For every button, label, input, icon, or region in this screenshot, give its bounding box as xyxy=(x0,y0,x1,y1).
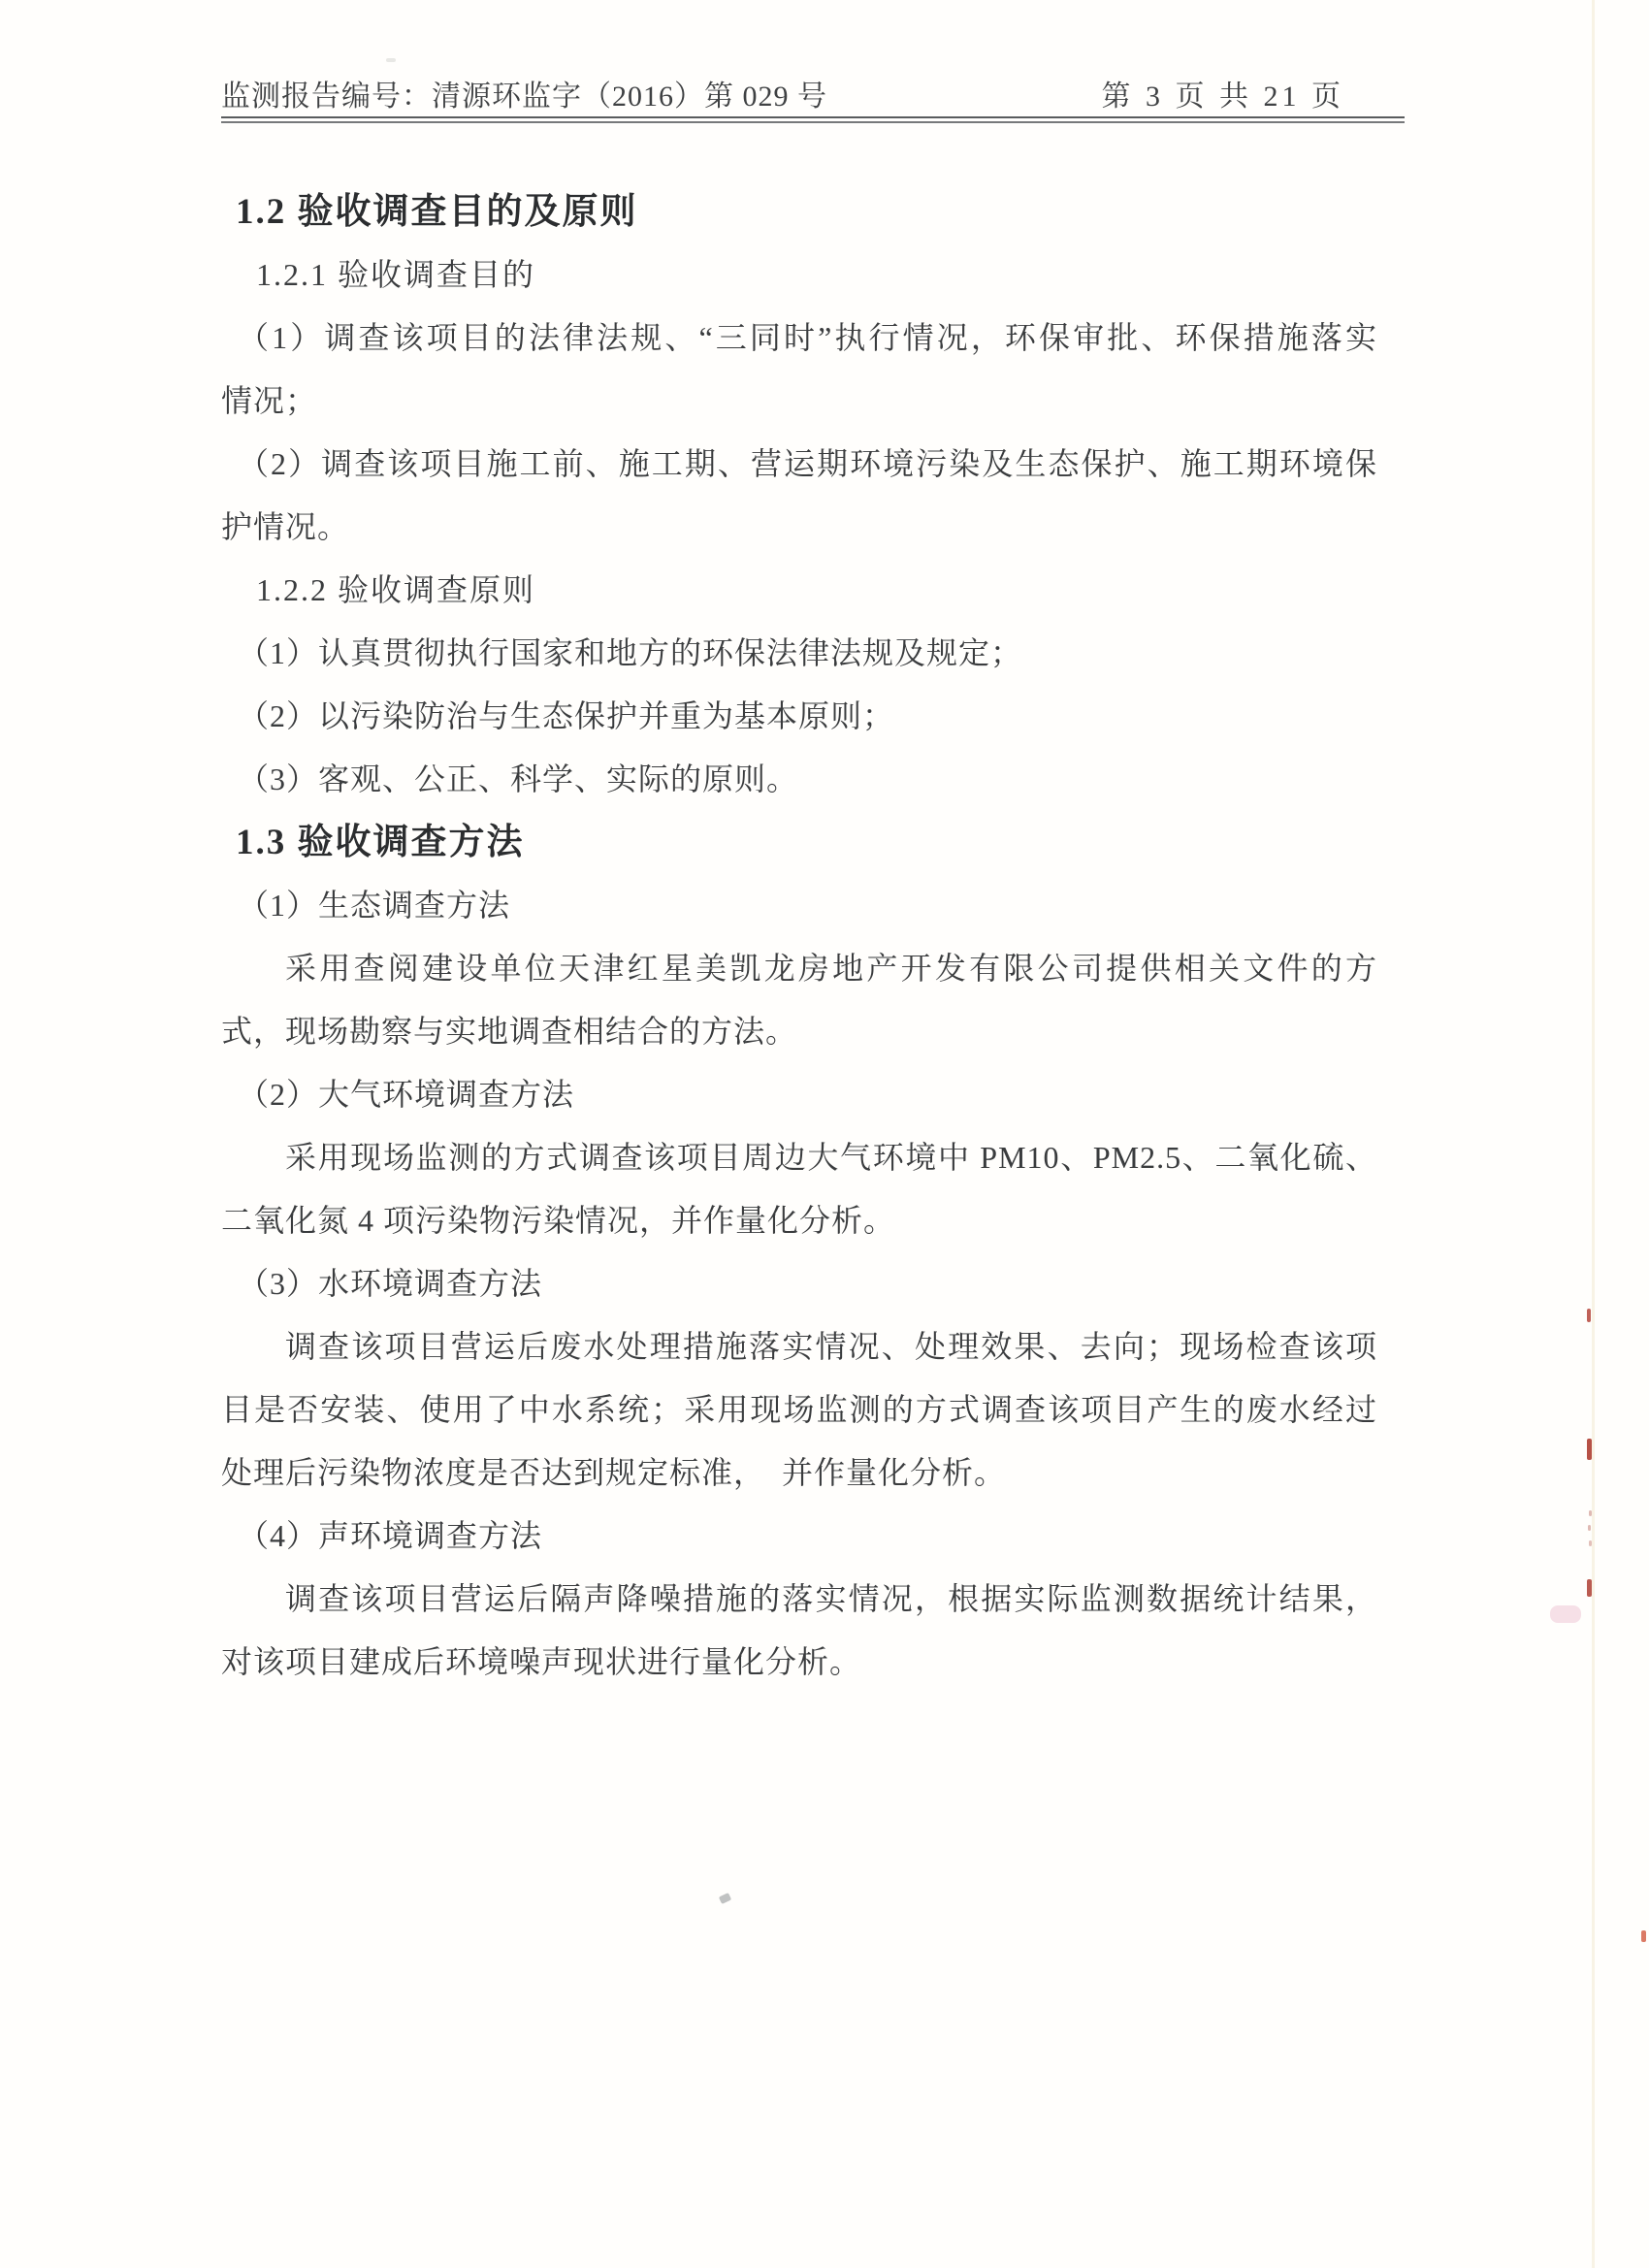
body-line: （2）大气环境调查方法 xyxy=(221,1063,1377,1126)
scan-artifact-dot xyxy=(1588,1525,1591,1531)
scan-artifact-mark xyxy=(1587,1439,1592,1460)
scan-edge-line xyxy=(1592,0,1595,2268)
scan-artifact-mark xyxy=(1641,1930,1646,1942)
document-body: 1.2 验收调查目的及原则1.2.1 验收调查目的（1）调查该项目的法律法规、“… xyxy=(221,180,1377,1694)
body-line: （2）以污染防治与生态保护并重为基本原则； xyxy=(221,685,1377,748)
body-line: 采用查阅建设单位天津红星美凯龙房地产开发有限公司提供相关文件的方 xyxy=(221,937,1377,1000)
scan-artifact-speck xyxy=(719,1893,731,1904)
body-line: 情况； xyxy=(221,370,1377,433)
body-line: 采用现场监测的方式调查该项目周边大气环境中 PM10、PM2.5、二氧化硫、 xyxy=(221,1126,1377,1189)
section-heading: 1.2 验收调查目的及原则 xyxy=(221,180,1377,243)
scan-artifact-speck xyxy=(386,58,396,62)
body-line: 护情况。 xyxy=(221,496,1377,559)
page-number: 第 3 页 共 21 页 xyxy=(1102,72,1345,114)
scan-artifact-dot xyxy=(1589,1510,1592,1516)
subsection-heading: 1.2.1 验收调查目的 xyxy=(221,243,1377,307)
body-line: （4）声环境调查方法 xyxy=(221,1505,1377,1568)
body-line: 调查该项目营运后隔声降噪措施的落实情况，根据实际监测数据统计结果， xyxy=(221,1568,1377,1631)
body-line: 目是否安装、使用了中水系统；采用现场监测的方式调查该项目产生的废水经过 xyxy=(221,1378,1377,1442)
report-number: 监测报告编号：清源环监字（2016）第 029 号 xyxy=(221,72,827,114)
header-divider xyxy=(221,116,1405,123)
scan-artifact-dot xyxy=(1589,1540,1592,1546)
scan-artifact-mark xyxy=(1587,1579,1592,1597)
body-line: 二氧化氮 4 项污染物污染情况，并作量化分析。 xyxy=(221,1189,1377,1252)
body-line: （3）客观、公正、科学、实际的原则。 xyxy=(221,748,1377,811)
body-line: （1）生态调查方法 xyxy=(221,874,1377,937)
body-line: （3）水环境调查方法 xyxy=(221,1252,1377,1315)
body-line: 处理后污染物浓度是否达到规定标准， 并作量化分析。 xyxy=(221,1442,1377,1505)
scan-artifact-mark xyxy=(1587,1309,1591,1322)
body-line: 调查该项目营运后废水处理措施落实情况、处理效果、去向；现场检查该项 xyxy=(221,1315,1377,1378)
body-line: （1）认真贯彻执行国家和地方的环保法律法规及规定； xyxy=(221,622,1377,685)
body-line: 式，现场勘察与实地调查相结合的方法。 xyxy=(221,1000,1377,1063)
section-heading: 1.3 验收调查方法 xyxy=(221,811,1377,874)
body-line: （1）调查该项目的法律法规、“三同时”执行情况，环保审批、环保措施落实 xyxy=(221,307,1377,370)
subsection-heading: 1.2.2 验收调查原则 xyxy=(221,559,1377,622)
page-header: 监测报告编号：清源环监字（2016）第 029 号 第 3 页 共 21 页 xyxy=(221,72,1405,114)
scanned-report-page: 监测报告编号：清源环监字（2016）第 029 号 第 3 页 共 21 页 1… xyxy=(0,0,1649,2268)
body-line: 对该项目建成后环境噪声现状进行量化分析。 xyxy=(221,1631,1377,1694)
scan-artifact-smudge xyxy=(1550,1605,1581,1623)
body-line: （2）调查该项目施工前、施工期、营运期环境污染及生态保护、施工期环境保 xyxy=(221,433,1377,496)
